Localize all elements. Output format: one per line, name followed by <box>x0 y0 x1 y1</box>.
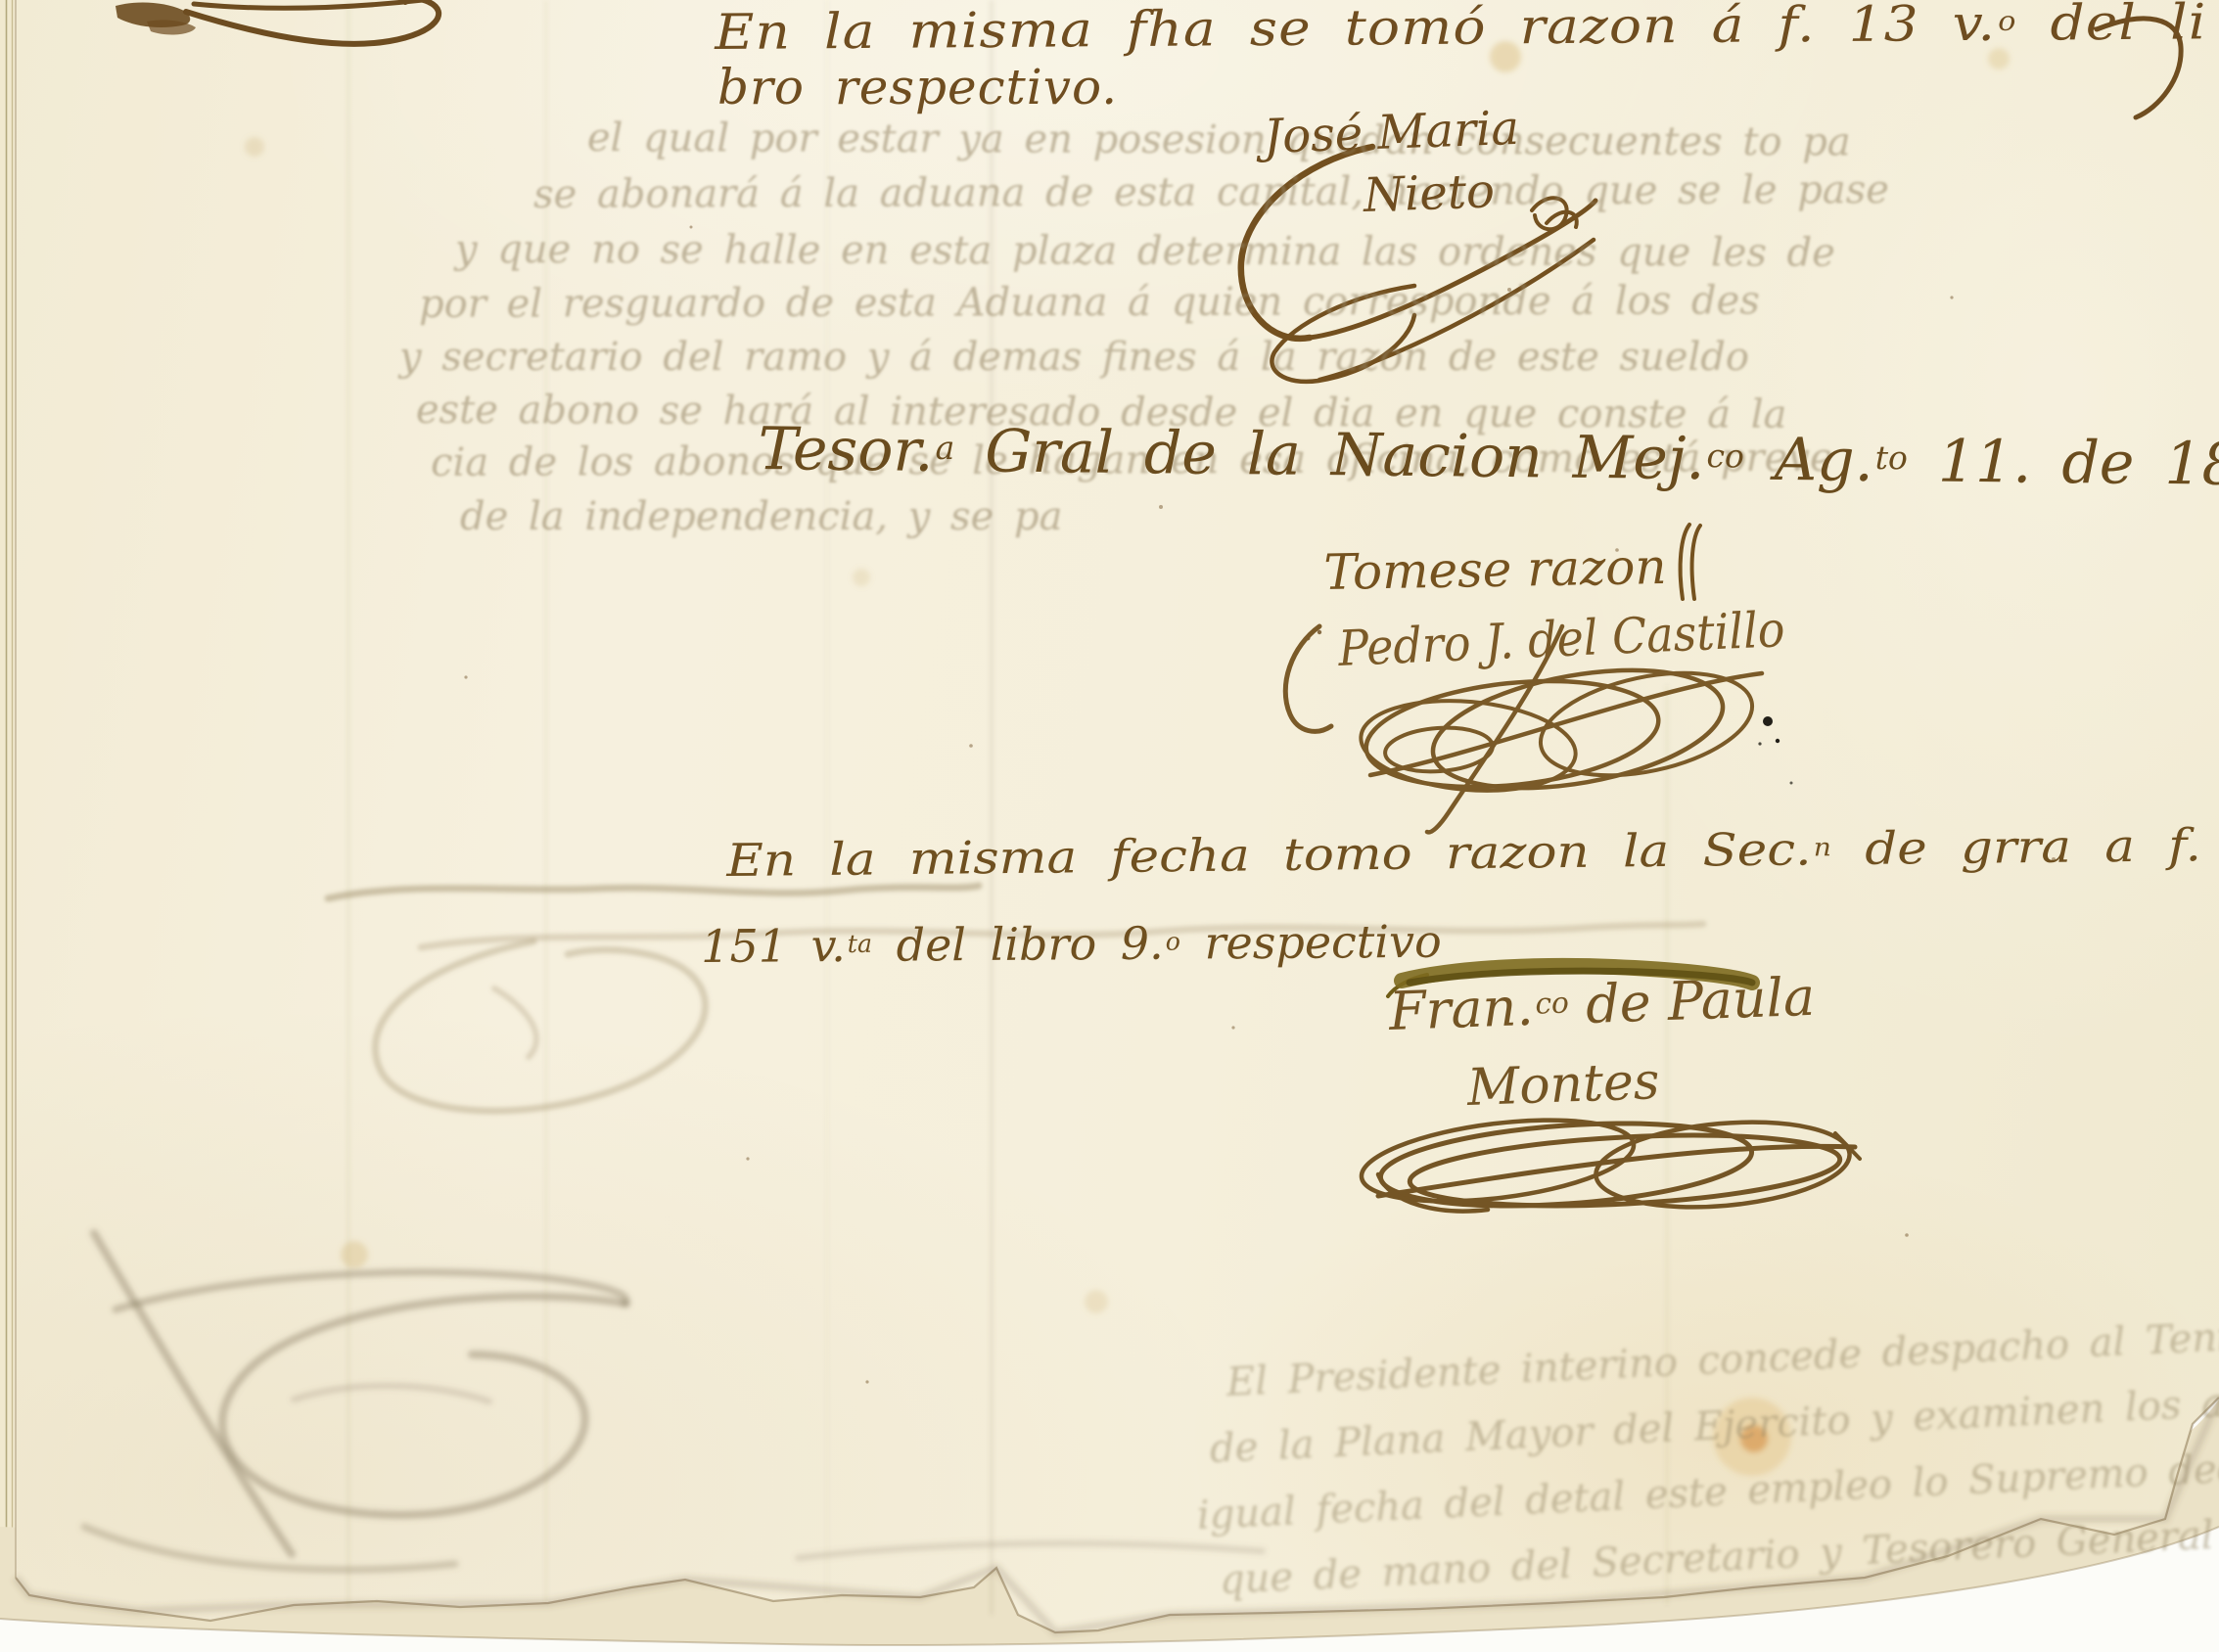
text-segment: de grra a f. <box>1831 818 2201 875</box>
text-segment-superscript: to <box>1875 437 1909 476</box>
text-segment: del libro 9. <box>872 917 1164 972</box>
text-segment-superscript: o <box>1166 927 1180 955</box>
war-note-line2: 151 v.ta del libro 9.o respectivo <box>701 915 1442 973</box>
ghost-text-line: por el resguardo de esta Aduana á quien … <box>419 278 1760 327</box>
text-segment: Gral de la Nacion Mej. <box>954 417 1705 493</box>
nieto-signature-line1: José Maria <box>1263 101 1520 164</box>
left-page-sliver <box>0 0 16 1610</box>
ghost-text-line: y que no se halle en esta plaza determin… <box>455 227 1835 276</box>
ghost-text-line: el qual por estar ya en posesion quedan … <box>587 115 1851 165</box>
top-note-line1: En la misma fha se tomó razon á f. 13 v.… <box>715 0 2207 61</box>
paula-signature-line2: Montes <box>1466 1052 1660 1118</box>
text-segment-superscript: ta <box>848 930 872 958</box>
text-segment: En la misma fha se tomó razon á f. 13 v. <box>715 0 1996 61</box>
text-segment-superscript: a <box>935 428 954 466</box>
text-segment: 151 v. <box>701 919 846 973</box>
text-segment: 11. de 1846. <box>1907 427 2219 500</box>
ghost-text-line: de la independencia, y se pa <box>460 494 1062 539</box>
text-segment-superscript: o <box>1998 5 2017 36</box>
manuscript-scan: el qual por estar ya en posesion quedan … <box>0 0 2219 1652</box>
text-segment: del li <box>2016 0 2206 52</box>
nieto-signature-line2: Nieto <box>1363 163 1496 223</box>
tomese-razon-order: Tomese razon <box>1323 538 1667 601</box>
text-segment: de Paula <box>1568 966 1816 1036</box>
text-segment: Fran. <box>1388 976 1535 1042</box>
ghost-text-line: y secretario del ramo y á demas fines á … <box>399 335 1749 380</box>
top-note-line2: bro respectivo. <box>717 59 1118 115</box>
text-segment: respectivo <box>1180 915 1442 970</box>
ghost-text-line: se abonará á la aduana de esta capital, … <box>533 167 1889 217</box>
text-segment: Ag. <box>1743 426 1873 495</box>
text-segment-superscript: n <box>1813 833 1831 861</box>
text-segment: Tesor. <box>758 415 934 485</box>
text-segment-superscript: co <box>1535 986 1570 1021</box>
text-segment-superscript: co <box>1706 436 1744 475</box>
